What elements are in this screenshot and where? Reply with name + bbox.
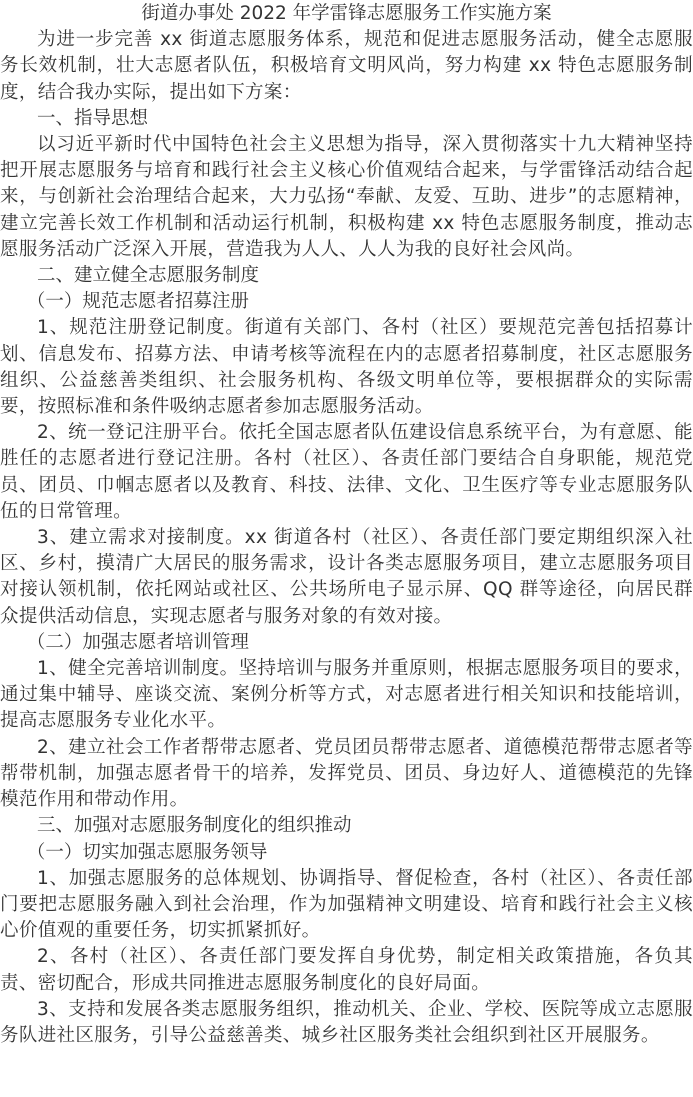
- section-heading-organizational-promotion: 三、加强对志愿服务制度化的组织推动: [0, 813, 693, 839]
- section-paragraph: 1、加强志愿服务的总体规划、协调指导、督促检查，各村（社区）、各责任部门要把志愿…: [0, 866, 693, 945]
- section-paragraph: 2、统一登记注册平台。依托全国志愿者队伍建设信息系统平台，为有意愿、能胜任的志愿…: [0, 420, 693, 525]
- section-paragraph: 3、支持和发展各类志愿服务组织，推动机关、企业、学校、医院等成立志愿服务队进社区…: [0, 997, 693, 1049]
- subsection-heading-recruitment: （一）规范志愿者招募注册: [0, 289, 693, 315]
- document-page: 街道办事处 2022 年学雷锋志愿服务工作实施方案 为进一步完善 xx 街道志愿…: [0, 0, 693, 1049]
- section-heading-establish-system: 二、建立健全志愿服务制度: [0, 263, 693, 289]
- subsection-heading-training: （二）加强志愿者培训管理: [0, 630, 693, 656]
- section-paragraph: 以习近平新时代中国特色社会主义思想为指导，深入贯彻落实十九大精神坚持把开展志愿服…: [0, 132, 693, 263]
- section-paragraph: 1、规范注册登记制度。街道有关部门、各村（社区）要规范完善包括招募计划、信息发布…: [0, 315, 693, 420]
- subsection-heading-leadership: （一）切实加强志愿服务领导: [0, 840, 693, 866]
- intro-paragraph: 为进一步完善 xx 街道志愿服务体系，规范和促进志愿服务活动，健全志愿服务长效机…: [0, 27, 693, 106]
- section-paragraph: 2、建立社会工作者帮带志愿者、党员团员帮带志愿者、道德模范帮带志愿者等帮带机制，…: [0, 735, 693, 814]
- section-paragraph: 2、各村（社区）、各责任部门要发挥自身优势，制定相关政策措施，各负其责、密切配合…: [0, 944, 693, 996]
- section-paragraph: 3、建立需求对接制度。xx 街道各村（社区）、各责任部门要定期组织深入社区、乡村…: [0, 525, 693, 630]
- document-title: 街道办事处 2022 年学雷锋志愿服务工作实施方案: [0, 0, 693, 27]
- section-heading-guiding-ideology: 一、指导思想: [0, 106, 693, 132]
- section-paragraph: 1、健全完善培训制度。坚持培训与服务并重原则，根据志愿服务项目的要求，通过集中辅…: [0, 656, 693, 735]
